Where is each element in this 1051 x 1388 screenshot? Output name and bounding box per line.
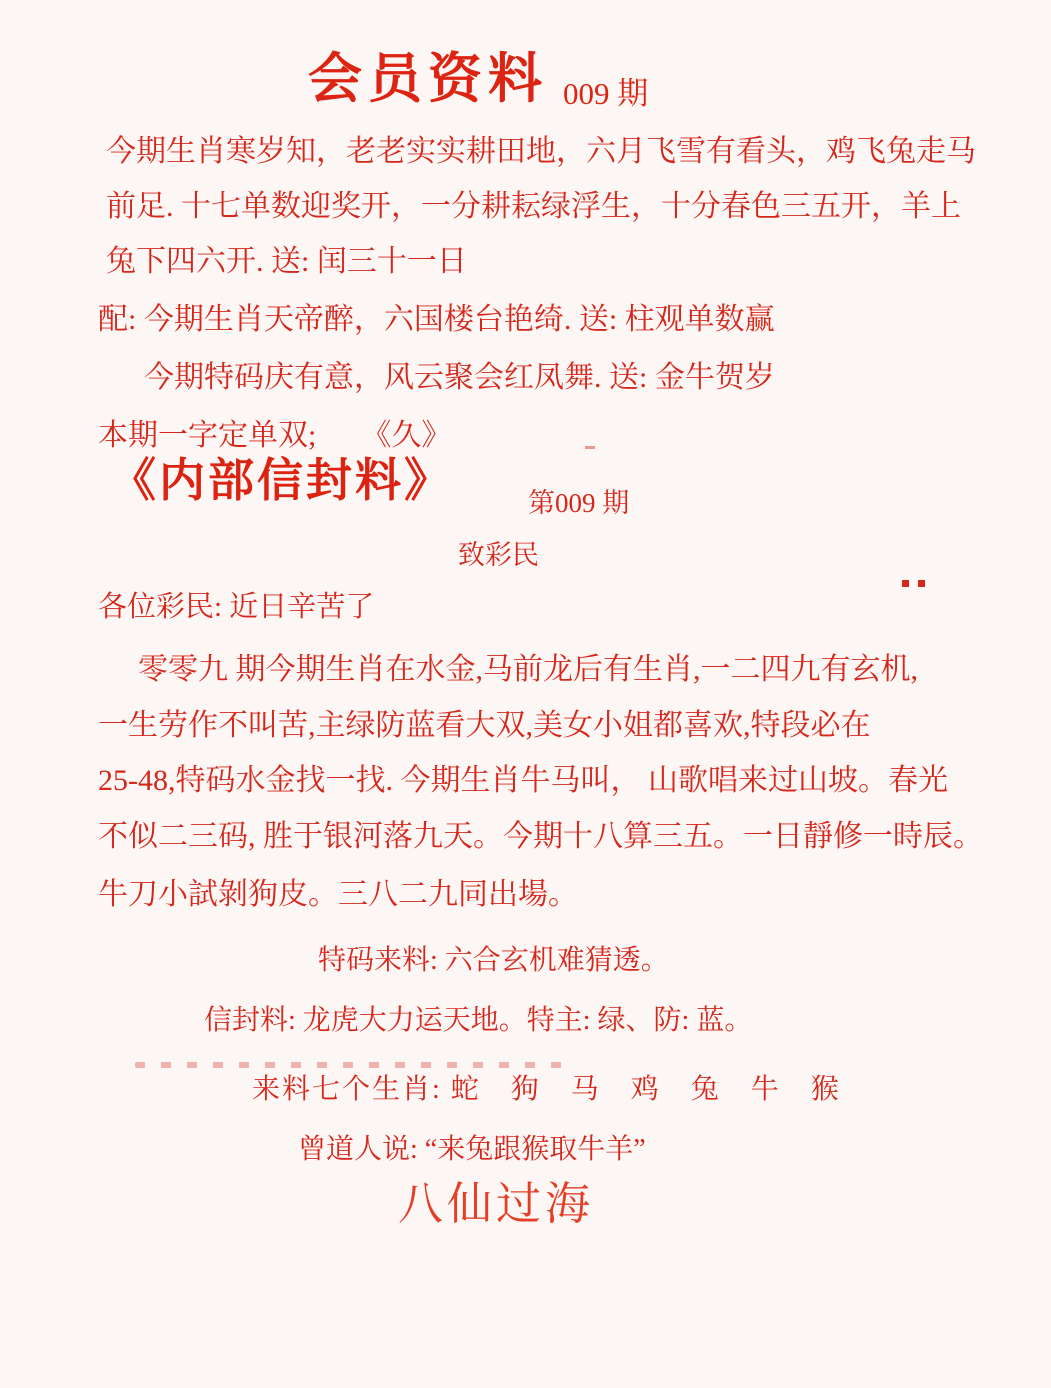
body-line-4: 不似二三码, 胜于银河落九天。今期十八算三五。一日靜修一時辰。 <box>98 822 983 852</box>
quote-line: 曾道人说: “来兔跟猴取牛羊” <box>298 1136 646 1164</box>
member-line-2: 前足. 十七单数迎奖开，一分耕耘绿浮生，十分春色三五开，羊上 <box>106 192 961 222</box>
body-line-5: 牛刀小試剝狗皮。三八二九同出場。 <box>98 880 578 910</box>
body-line-1: 零零九 期今期生肖在水金,马前龙后有生肖,一二四九有玄机, <box>138 655 918 685</box>
zodiac-line: 来料七个生肖: 蛇 狗 马 鸡 兔 牛 猴 <box>252 1076 841 1104</box>
salutation: 致彩民 <box>458 542 539 569</box>
envelope-material-line: 信封料: 龙虎大力运天地。特主: 绿、防: 蓝。 <box>204 1007 752 1035</box>
member-line-1: 今期生肖寒岁知，老老实实耕田地，六月飞雪有看头，鸡飞兔走马 <box>106 137 976 167</box>
special-code-line: 特码来料: 六合玄机难猜透。 <box>318 947 669 975</box>
envelope-section-title: 《内部信封料》 <box>110 458 453 504</box>
scanned-document-page: 会员资料 009 期 今期生肖寒岁知，老老实实耕田地，六月飞雪有看头，鸡飞兔走马… <box>0 0 1051 1388</box>
page-title: 会员资料 <box>308 52 548 106</box>
member-line-6: 本期一字定单双; 《久》 <box>98 421 451 451</box>
member-line-5: 今期特码庆有意，风云聚会红凤舞. 送: 金牛贺岁 <box>144 363 775 393</box>
scan-artifact-dash <box>585 446 595 449</box>
member-line-3: 兔下四六开. 送: 闰三十一日 <box>106 247 467 277</box>
scan-artifact-smudge-line <box>135 1062 565 1068</box>
greeting-line: 各位彩民: 近日辛苦了 <box>98 593 374 622</box>
footer-title: 八仙过海 <box>398 1182 594 1227</box>
issue-number: 009 期 <box>563 78 648 109</box>
scan-artifact-dot <box>902 580 909 587</box>
scan-artifact-dot <box>918 580 925 587</box>
body-line-2: 一生劳作不叫苦,主绿防蓝看大双,美女小姐都喜欢,特段必在 <box>98 711 871 741</box>
member-line-4: 配: 今期生肖天帝醉，六国楼台艳绮. 送: 柱观单数赢 <box>98 305 775 335</box>
envelope-issue-number: 第009 期 <box>528 490 629 517</box>
body-line-3: 25-48,特码水金找一找. 今期生肖牛马叫， 山歌唱来过山坡。春光 <box>98 766 948 796</box>
